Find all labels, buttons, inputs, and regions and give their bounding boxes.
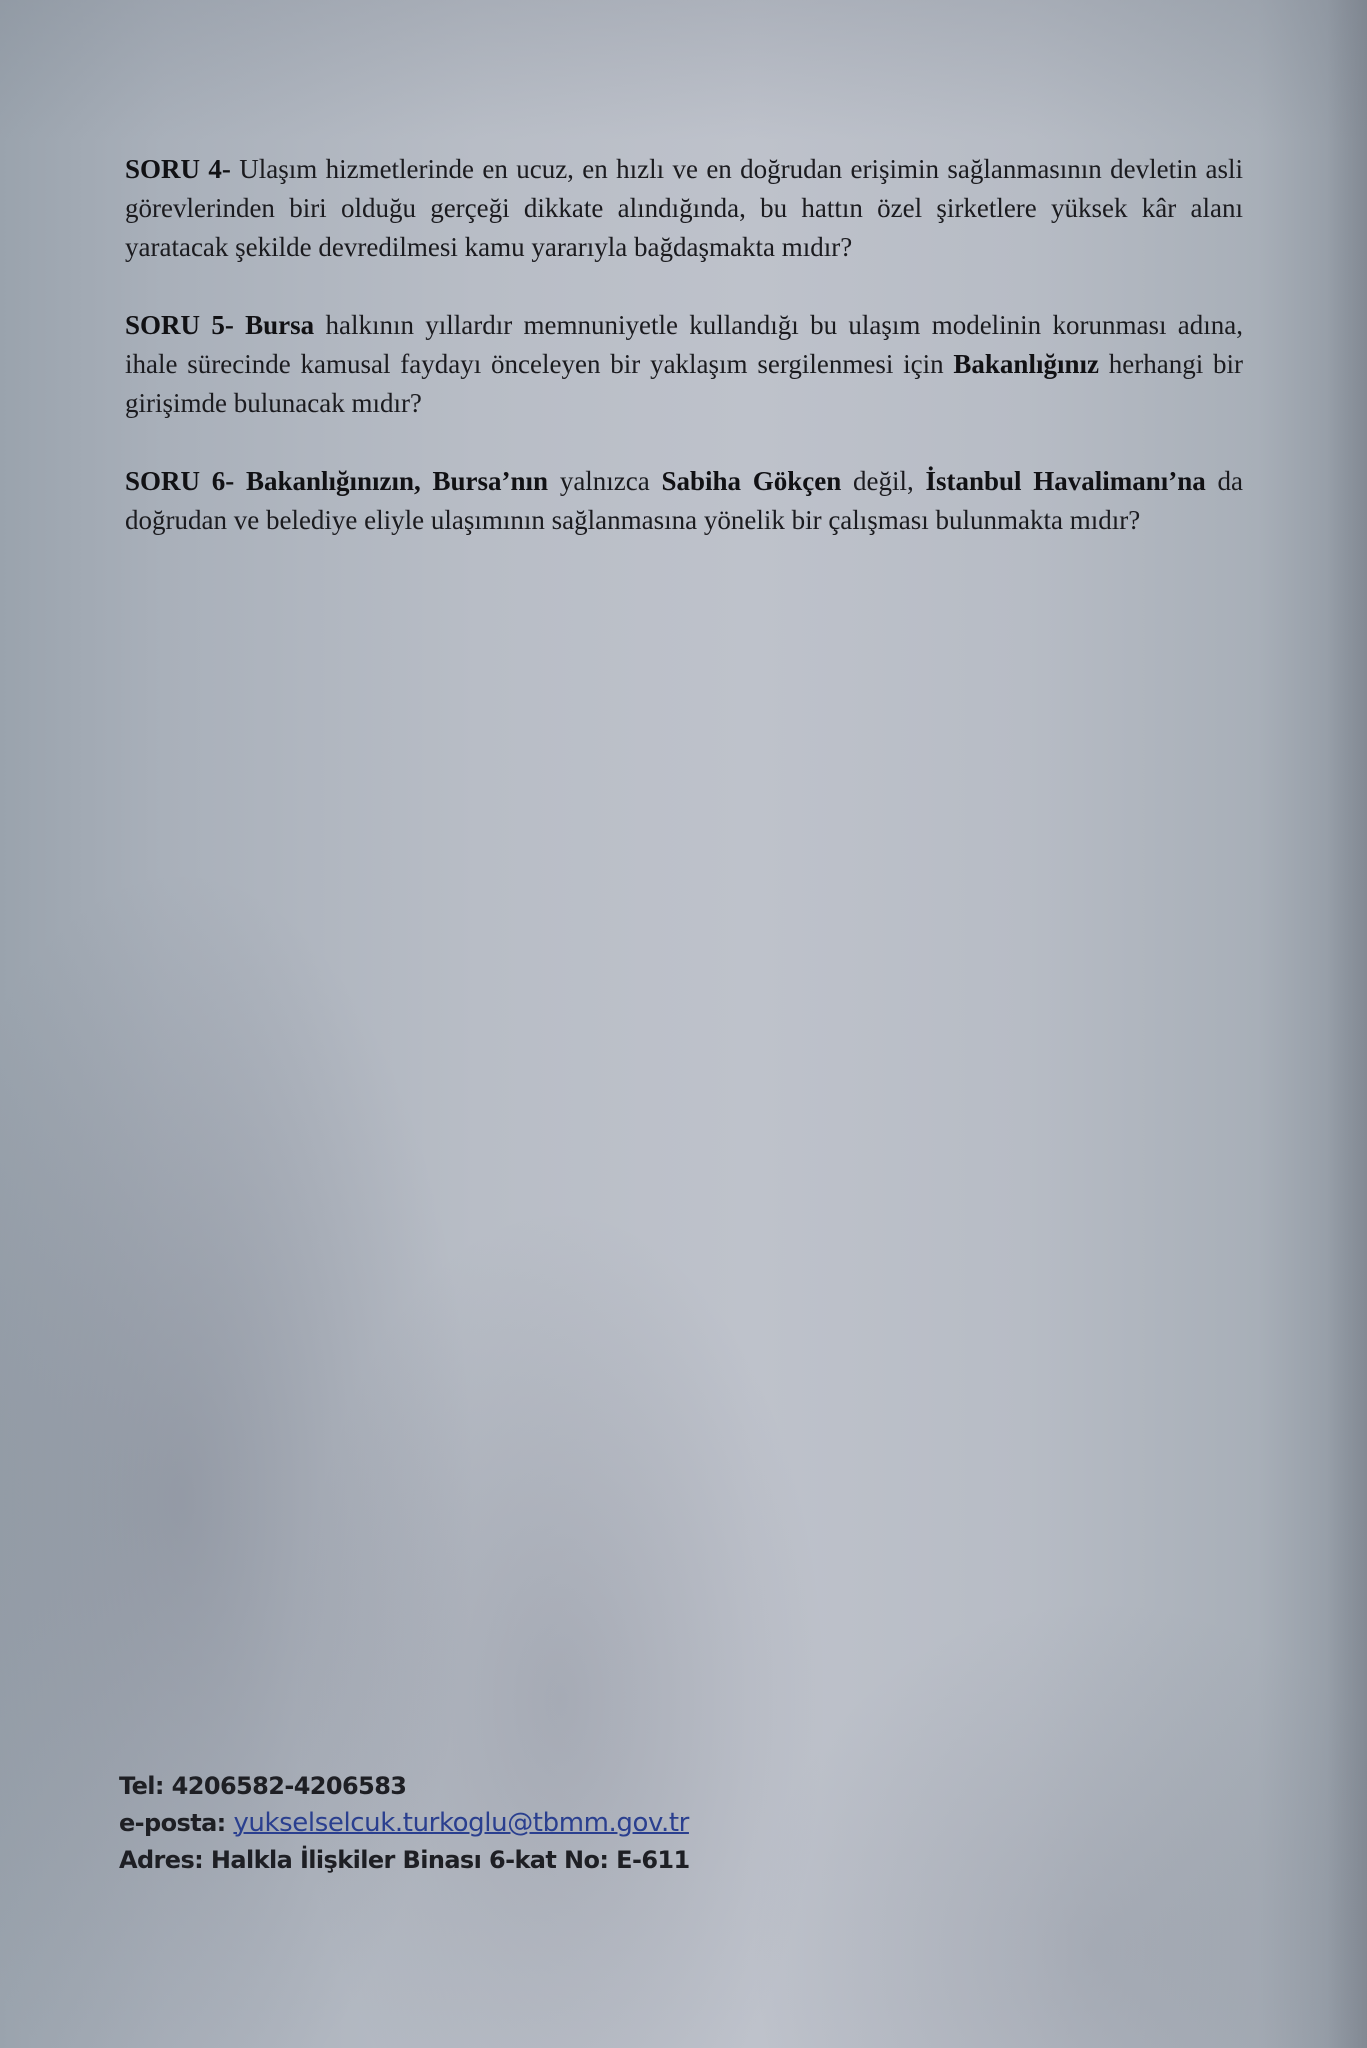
email-link[interactable]: yukselselcuk.turkoglu@tbmm.gov.tr bbox=[233, 1808, 689, 1838]
contact-phone: Tel: 4206582-4206583 bbox=[119, 1768, 690, 1805]
bold-term: Sabiha Gökçen bbox=[662, 466, 842, 496]
question-label: SORU 4- bbox=[125, 154, 231, 184]
address-label: Adres: bbox=[119, 1846, 203, 1874]
question-4: SORU 4- Ulaşım hizmetlerinde en ucuz, en… bbox=[125, 150, 1243, 267]
question-text: yalnızca bbox=[560, 466, 650, 496]
question-label: SORU 5- bbox=[125, 310, 234, 340]
contact-email: e-posta: yukselselcuk.turkoglu@tbmm.gov.… bbox=[119, 1805, 690, 1842]
phone-label: Tel: bbox=[119, 1772, 164, 1800]
contact-block: Tel: 4206582-4206583 e-posta: yukselselc… bbox=[119, 1768, 690, 1879]
questions-section: SORU 4- Ulaşım hizmetlerinde en ucuz, en… bbox=[125, 150, 1243, 579]
bold-term: Bakanlığınızın, bbox=[246, 466, 421, 496]
bold-term: Bursa bbox=[245, 310, 314, 340]
bold-term: İstanbul Havalimanı’na bbox=[926, 466, 1206, 496]
paper-shadow-top bbox=[0, 0, 1367, 140]
bold-term: Bakanlığınız bbox=[953, 349, 1099, 379]
phone-value: 4206582-4206583 bbox=[172, 1772, 407, 1800]
contact-address: Adres: Halkla İlişkiler Binası 6-kat No:… bbox=[119, 1842, 690, 1879]
question-text: değil, bbox=[853, 466, 914, 496]
bold-term: Bursa’nın bbox=[433, 466, 549, 496]
paper-shadow-right bbox=[1327, 0, 1367, 2048]
question-6: SORU 6- Bakanlığınızın, Bursa’nın yalnız… bbox=[125, 462, 1243, 540]
question-text: Ulaşım hizmetlerinde en ucuz, en hızlı v… bbox=[125, 154, 1243, 262]
question-5: SORU 5- Bursa halkının yıllardır memnuni… bbox=[125, 306, 1243, 423]
email-label: e-posta: bbox=[119, 1809, 226, 1837]
question-label: SORU 6- bbox=[125, 466, 234, 496]
address-value: Halkla İlişkiler Binası 6-kat No: E-611 bbox=[211, 1846, 690, 1874]
